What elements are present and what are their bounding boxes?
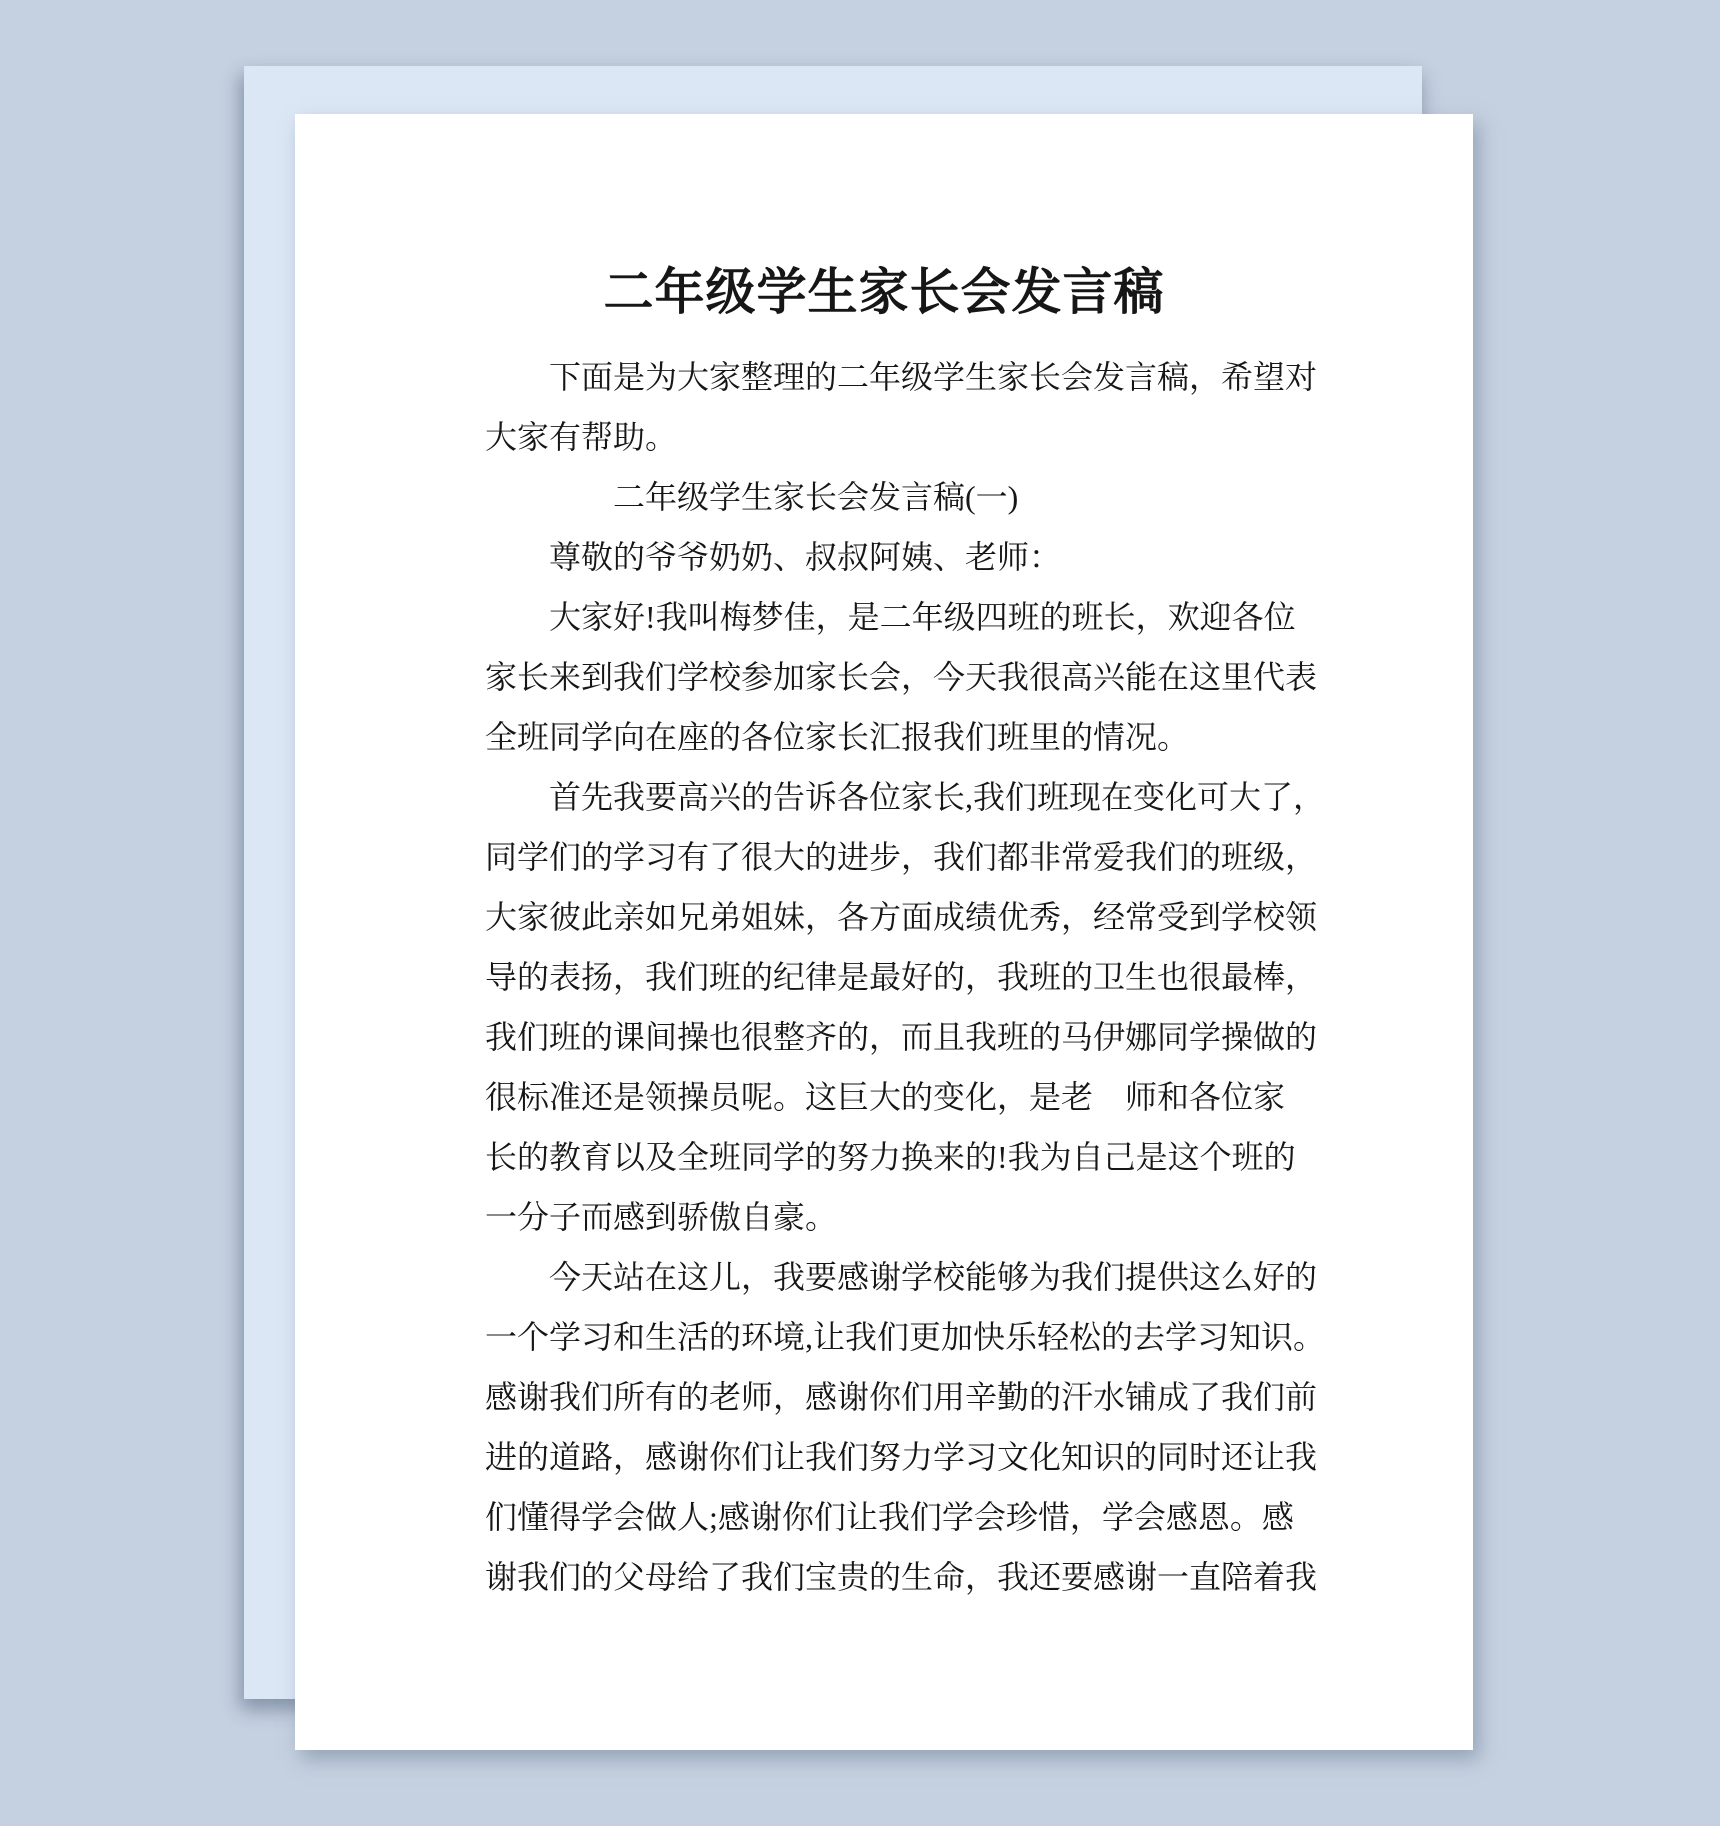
document-page: 二年级学生家长会发言稿 下面是为大家整理的二年级学生家长会发言稿，希望对大家有帮… <box>295 114 1473 1750</box>
text-line: 大家彼此亲如兄弟姐妹，各方面成绩优秀，经常受到学校领 <box>485 887 1321 947</box>
desktop-background: 二年级学生家长会发言稿 下面是为大家整理的二年级学生家长会发言稿，希望对大家有帮… <box>0 0 1720 1826</box>
text-line: 一分子而感到骄傲自豪。 <box>485 1187 1321 1247</box>
text-line: 首先我要高兴的告诉各位家长,我们班现在变化可大了， <box>485 767 1321 827</box>
text-line: 全班同学向在座的各位家长汇报我们班里的情况。 <box>485 707 1321 767</box>
text-line: 谢我们的父母给了我们宝贵的生命，我还要感谢一直陪着我 <box>485 1547 1321 1607</box>
text-line: 进的道路，感谢你们让我们努力学习文化知识的同时还让我 <box>485 1427 1321 1487</box>
document-title: 二年级学生家长会发言稿 <box>295 264 1473 320</box>
text-line: 家长来到我们学校参加家长会，今天我很高兴能在这里代表 <box>485 647 1321 707</box>
text-line: 大家好!我叫梅梦佳，是二年级四班的班长，欢迎各位 <box>485 587 1321 647</box>
text-line: 很标准还是领操员呢。这巨大的变化，是老 师和各位家 <box>485 1067 1321 1127</box>
text-line: 一个学习和生活的环境,让我们更加快乐轻松的去学习知识。 <box>485 1307 1321 1367</box>
text-line: 同学们的学习有了很大的进步，我们都非常爱我们的班级， <box>485 827 1321 887</box>
text-line: 下面是为大家整理的二年级学生家长会发言稿，希望对 <box>485 347 1321 407</box>
document-body: 下面是为大家整理的二年级学生家长会发言稿，希望对大家有帮助。二年级学生家长会发言… <box>485 347 1321 1607</box>
text-line: 我们班的课间操也很整齐的，而且我班的马伊娜同学操做的 <box>485 1007 1321 1067</box>
text-line: 尊敬的爷爷奶奶、叔叔阿姨、老师： <box>485 527 1321 587</box>
text-line: 大家有帮助。 <box>485 407 1321 467</box>
text-line: 二年级学生家长会发言稿(一) <box>485 467 1321 527</box>
text-line: 长的教育以及全班同学的努力换来的!我为自己是这个班的 <box>485 1127 1321 1187</box>
text-line: 导的表扬，我们班的纪律是最好的，我班的卫生也很最棒， <box>485 947 1321 1007</box>
text-line: 感谢我们所有的老师，感谢你们用辛勤的汗水铺成了我们前 <box>485 1367 1321 1427</box>
text-line: 们懂得学会做人;感谢你们让我们学会珍惜，学会感恩。感 <box>485 1487 1321 1547</box>
text-line: 今天站在这儿，我要感谢学校能够为我们提供这么好的 <box>485 1247 1321 1307</box>
